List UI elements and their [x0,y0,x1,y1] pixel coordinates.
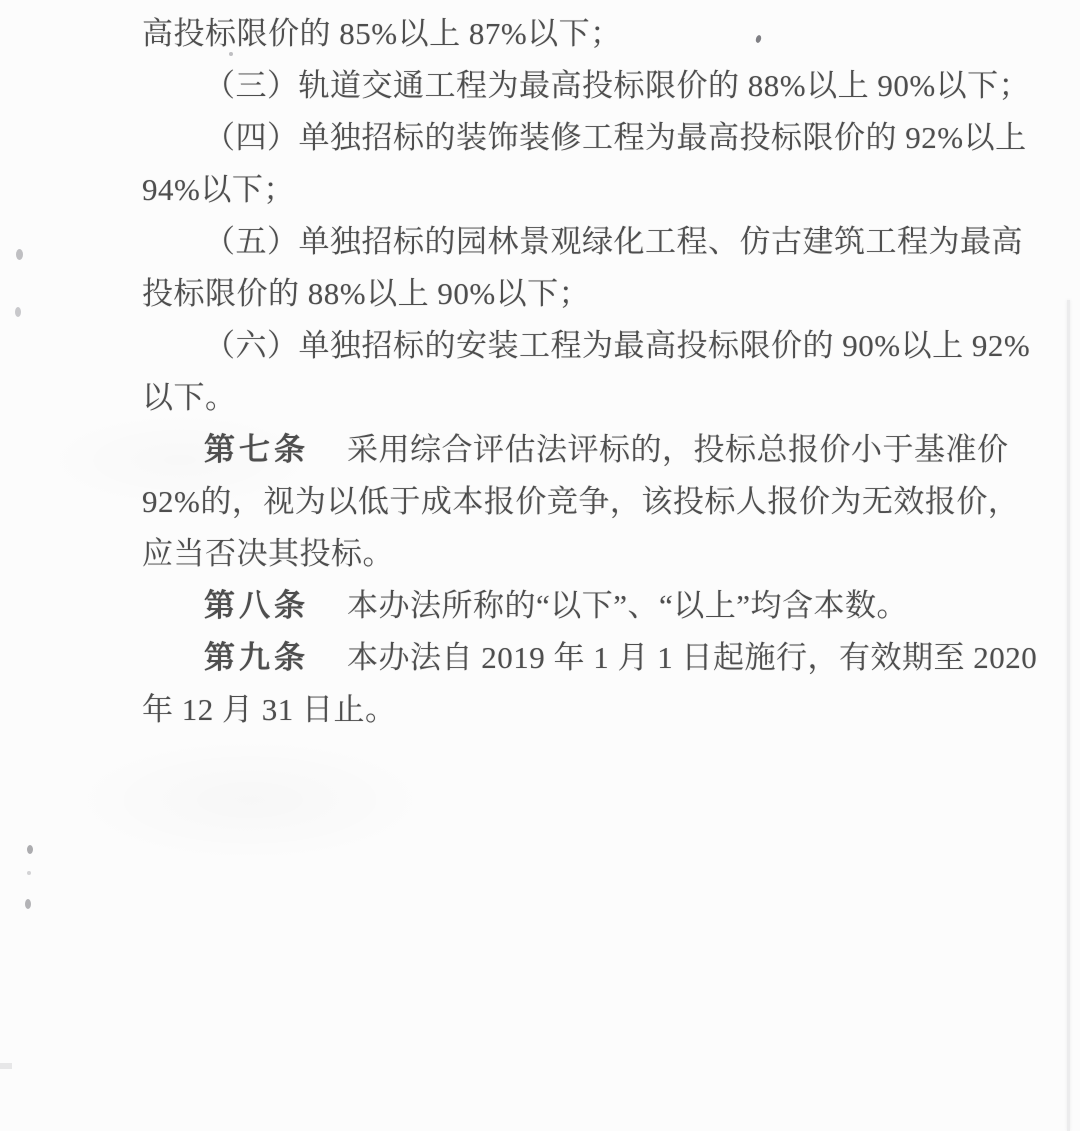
line-text: 年 12 月 31 日止。 [142,692,397,727]
scan-speck [16,249,23,260]
article-number: 第七条 [204,432,309,467]
line-text: （三）轨道交通工程为最高投标限价的 88%以上 90%以下； [204,68,1030,103]
scan-speck [15,307,21,317]
text-line: 应当否决其投标。 [142,528,952,580]
text-line: 94%以下； [142,164,952,216]
text-line: 高投标限价的 85%以上 87%以下； [142,8,952,60]
line-text: （四）单独招标的装饰装修工程为最高投标限价的 92%以上 [204,120,1027,155]
scanned-document-page: 高投标限价的 85%以上 87%以下； （三）轨道交通工程为最高投标限价的 88… [0,0,1080,1131]
text-line: 第八条本办法所称的“以下”、“以上”均含本数。 [142,580,952,632]
line-text: 本办法所称的“以下”、“以上”均含本数。 [347,588,908,623]
line-text: 本办法自 2019 年 1 月 1 日起施行，有效期至 2020 [347,640,1037,675]
text-line: （三）轨道交通工程为最高投标限价的 88%以上 90%以下； [142,60,952,112]
text-line: 92%的，视为以低于成本报价竞争，该投标人报价为无效报价， [142,476,952,528]
line-text: 以下。 [142,380,237,415]
article-number: 第九条 [204,640,309,675]
article-number: 第八条 [204,588,309,623]
scan-speck [27,871,31,875]
line-text: （五）单独招标的园林景观绿化工程、仿古建筑工程为最高 [204,224,1023,259]
line-text: 92%的，视为以低于成本报价竞争，该投标人报价为无效报价， [142,484,1019,519]
scan-speck [27,845,33,854]
line-text: 应当否决其投标。 [142,536,394,571]
line-text: 94%以下； [142,172,295,207]
line-text: （六）单独招标的安装工程为最高投标限价的 90%以上 92% [204,328,1030,363]
scan-speck [25,899,31,909]
text-line: 第九条本办法自 2019 年 1 月 1 日起施行，有效期至 2020 [142,632,952,684]
text-line: 第七条采用综合评估法评标的，投标总报价小于基准价 [142,424,952,476]
text-line: 投标限价的 88%以上 90%以下； [142,268,952,320]
line-text: 采用综合评估法评标的，投标总报价小于基准价 [347,432,1009,467]
scan-edge-artifact [0,1063,12,1069]
line-text: 投标限价的 88%以上 90%以下； [142,276,590,311]
document-body: 高投标限价的 85%以上 87%以下； （三）轨道交通工程为最高投标限价的 88… [142,8,952,736]
text-line: 年 12 月 31 日止。 [142,684,952,736]
scan-edge-artifact [1067,300,1070,1131]
scan-speck [229,52,233,56]
text-line: （六）单独招标的安装工程为最高投标限价的 90%以上 92% [142,320,952,372]
text-line: （五）单独招标的园林景观绿化工程、仿古建筑工程为最高 [142,216,952,268]
text-line: （四）单独招标的装饰装修工程为最高投标限价的 92%以上 [142,112,952,164]
line-text: 高投标限价的 85%以上 87%以下； [142,16,622,51]
text-line: 以下。 [142,372,952,424]
